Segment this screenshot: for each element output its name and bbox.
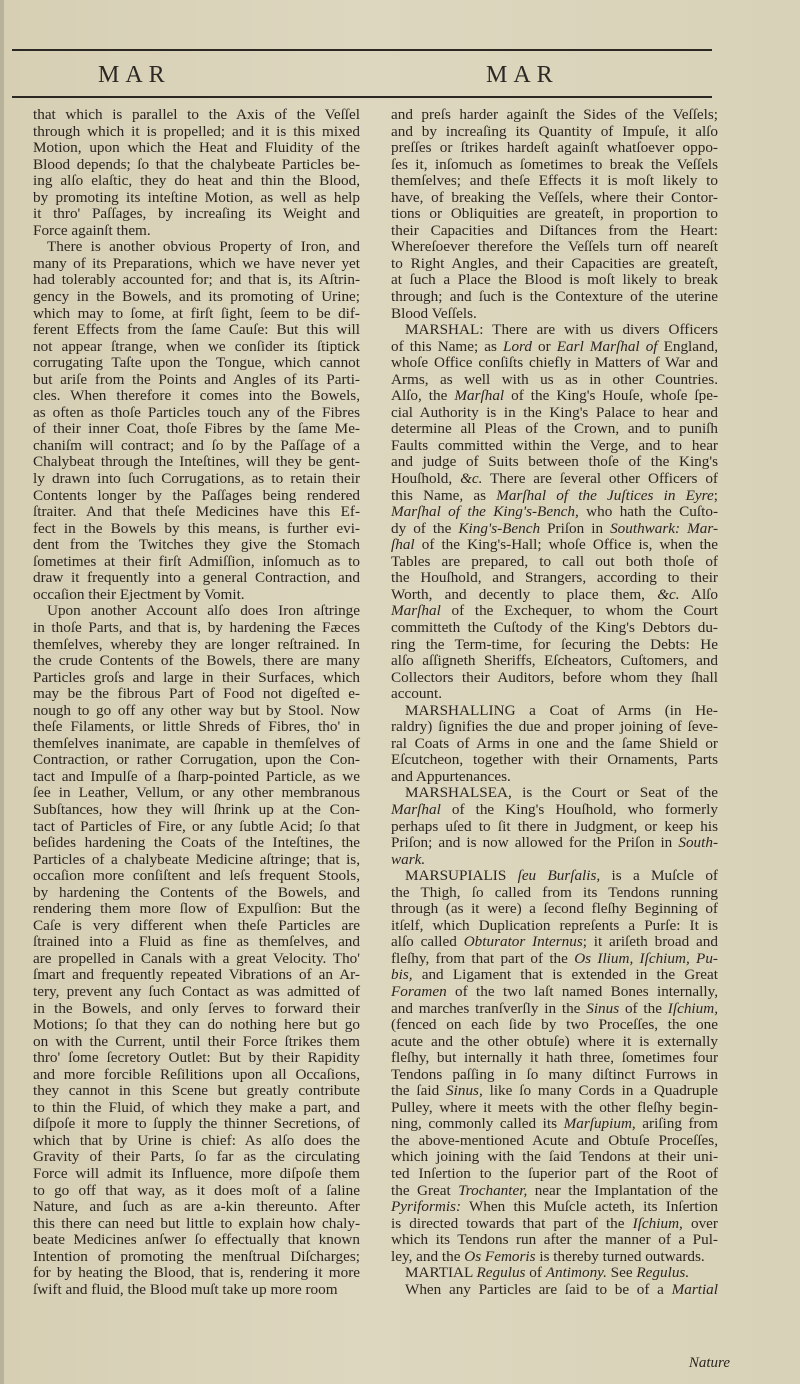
text-line: Whereſoever therefore the Veſſels turn o…	[391, 239, 718, 256]
text-line: the Houſhold, and Strangers, according t…	[391, 570, 718, 587]
text-run: of the King's Houſe, whoſe ſpe-	[504, 387, 718, 404]
text-line: in thoſe Parts, and that is, by hardenin…	[33, 620, 360, 637]
text-line: MARSHALSEA, is the Court or Seat of the	[391, 785, 718, 802]
italic-term: Os Ilium, Iſchium, Pu-	[574, 950, 718, 967]
text-line: which its Tendons run after the manner o…	[391, 1232, 718, 1249]
text-line: which joining with the ſaid Tendons at t…	[391, 1149, 718, 1166]
text-line: and Appurtenances.	[391, 769, 718, 786]
italic-term: Martial	[672, 1281, 718, 1298]
header-rule-top	[12, 49, 712, 51]
text-line: Blood depends; ſo that the chalybeate Pa…	[33, 157, 360, 174]
text-line: it thro' Paſſages, by increaſing its Wei…	[33, 206, 360, 223]
text-line: Eſcutcheon, together with their Ornament…	[391, 752, 718, 769]
text-line: in the Bowels, and only ſerves to forwar…	[33, 1001, 360, 1018]
text-run: ley, and the	[391, 1248, 464, 1265]
text-run: themſelves; and theſe Effects it is moſt…	[391, 172, 718, 189]
text-line: Foramen of the two laſt named Bones inte…	[391, 984, 718, 1001]
text-line: as often as thoſe Particles touch any of…	[33, 405, 360, 422]
text-line: draw it frequently into a general Contra…	[33, 570, 360, 587]
text-line: fect in the Bowels by this means, is fur…	[33, 521, 360, 538]
italic-term: Marſhal	[454, 387, 504, 404]
text-line: fleſhy, but internally it hath three, ſo…	[391, 1050, 718, 1067]
text-run: is directed towards that part of the	[391, 1215, 633, 1232]
text-run: ted Inſertion to the ſuperior part of th…	[391, 1165, 718, 1182]
text-run: the Great	[391, 1182, 458, 1199]
text-run: committeth the Cuſtody of the King's Deb…	[391, 619, 718, 636]
text-line: this there can need but little to explai…	[33, 1216, 360, 1233]
text-line: MARSHAL: There are with us divers Office…	[391, 322, 718, 339]
text-line: and more forcible Reſilitions upon all O…	[33, 1067, 360, 1084]
text-line: MARTIAL Regulus of Antimony. See Regulus…	[391, 1265, 718, 1282]
text-run: Tendons paſſing in ſo many diſtinct Furr…	[391, 1066, 718, 1083]
text-line: ſwift and fluid, the Blood muſt take up …	[33, 1282, 360, 1299]
text-line: Chalybeat through the Inteſtines, will t…	[33, 454, 360, 471]
text-line: and marches tranſverſly in the Sinus of …	[391, 1001, 718, 1018]
text-line: through; and ſuch is the Contexture of t…	[391, 289, 718, 306]
text-line: occaſion more conſiſtent and leſs freque…	[33, 868, 360, 885]
text-line: alſo called Obturator Internus; it ariſe…	[391, 934, 718, 951]
text-run: and by increaſing its Quantity of Impuſe…	[391, 123, 718, 140]
text-run: MARTIAL	[405, 1264, 477, 1281]
right-column-text: and preſs harder againſt the Sides of th…	[391, 107, 718, 1298]
text-line: MARSUPIALIS ſeu Burſalis, is a Muſcle of	[391, 868, 718, 885]
italic-term: Marſupium,	[564, 1115, 636, 1132]
text-line: many of its Preparations, which we have …	[33, 256, 360, 273]
italic-term: Marſhal of the King's-Bench,	[391, 503, 579, 520]
text-line: preſſes or ſtrikes hardeſt againſt whatſ…	[391, 140, 718, 157]
text-line: which may to ſome, at firſt ſight, ſeem …	[33, 306, 360, 323]
italic-term: Regulus	[477, 1264, 526, 1281]
text-run: MARSHAL: There are with us divers Office…	[405, 321, 718, 338]
left-column-text: that which is parallel to the Axis of th…	[33, 107, 360, 1298]
text-run: near the Implantation of the	[527, 1182, 718, 1199]
text-line: not appear ſtrange, when we conſider its…	[33, 339, 360, 356]
text-line: ſmart and frequently repeated Vibrations…	[33, 967, 360, 984]
running-head-right: MAR	[486, 62, 559, 89]
italic-term: Sinus,	[446, 1082, 483, 1099]
text-run: their Capacities and Diſtances from the …	[391, 222, 718, 239]
text-run: of the two laſt named Bones internally,	[447, 983, 718, 1000]
italic-term: bis,	[391, 966, 413, 983]
text-run: Priſon in	[540, 520, 610, 537]
text-run: and marches tranſverſly in the	[391, 1000, 586, 1017]
text-run: or	[532, 338, 557, 355]
text-run: over	[683, 1215, 718, 1232]
text-line: Motions; ſo that they can do nothing her…	[33, 1017, 360, 1034]
text-line: tact and Impulſe of a ſharp-pointed Part…	[33, 769, 360, 786]
text-run: MARSHALSEA, is the Court or Seat of the	[405, 784, 718, 801]
text-line: to go off that way, as it does moſt of a…	[33, 1183, 360, 1200]
text-line: ted Inſertion to the ſuperior part of th…	[391, 1166, 718, 1183]
text-line: Houſhold, &c. There are ſeveral other Of…	[391, 471, 718, 488]
text-run: through; and ſuch is the Contexture of t…	[391, 288, 718, 305]
text-run: whoſe Office conſiſts chiefly in Matters…	[391, 354, 718, 371]
text-line: cial Authority is in the King's Palace t…	[391, 405, 718, 422]
text-line: the Great Trochanter, near the Implantat…	[391, 1183, 718, 1200]
text-run: Alſo	[680, 586, 718, 603]
text-run: raldry) ſignifies the due and proper joi…	[391, 718, 718, 735]
text-line: chaniſm will contract; and ſo by the Paſ…	[33, 438, 360, 455]
italic-term: Os Femoris	[464, 1248, 535, 1265]
text-line: is directed towards that part of the Iſc…	[391, 1216, 718, 1233]
text-line: ſee in Leather, Vellum, or any other mem…	[33, 785, 360, 802]
text-run: account.	[391, 685, 442, 702]
text-line: through which it is propelled; and it is…	[33, 124, 360, 141]
italic-term: ſhal	[391, 536, 415, 553]
italic-term: Iſchium,	[668, 1000, 718, 1017]
text-run: of the King's-Hall; whoſe Office is, whe…	[415, 536, 718, 553]
text-line: cles. When therefore it comes into the B…	[33, 388, 360, 405]
text-run: (fenced on each ſide by two Proceſſes, t…	[391, 1016, 718, 1033]
page-edge	[0, 0, 4, 1384]
text-run: itſelf, which Duplication repreſents a P…	[391, 917, 718, 934]
text-run: at ſuch a Place the Blood is moſt likely…	[391, 271, 718, 288]
text-line: gency in the Bowels, and its promoting o…	[33, 289, 360, 306]
text-line: ley, and the Os Femoris is thereby turne…	[391, 1249, 718, 1266]
text-run: dy of the	[391, 520, 458, 537]
text-line: Priſon; and is now allowed for the Priſo…	[391, 835, 718, 852]
text-line: the above-mentioned Acute and Obtuſe Pro…	[391, 1133, 718, 1150]
text-line: Force againſt them.	[33, 223, 360, 240]
text-run: of this Name; as	[391, 338, 503, 355]
text-line: ſhal of the King's-Hall; whoſe Office is…	[391, 537, 718, 554]
text-run: of the Exchequer, to whom the Court	[441, 602, 718, 619]
text-line: Alſo, the Marſhal of the King's Houſe, w…	[391, 388, 718, 405]
text-run: fleſhy, but internally it hath three, ſo…	[391, 1049, 718, 1066]
text-line: Contents longer by the Paſſages being re…	[33, 488, 360, 505]
text-run: the Thigh, ſo called from its Tendons ru…	[391, 884, 718, 901]
text-line: ferent Effects from the ſame Cauſe: But …	[33, 322, 360, 339]
text-line: account.	[391, 686, 718, 703]
text-line: determine all Pleas of the Crown, and to…	[391, 421, 718, 438]
text-run: See	[607, 1264, 637, 1281]
text-line: themſelves, whereby they are longer reſt…	[33, 637, 360, 654]
text-line: themſelves; and theſe Effects it is moſt…	[391, 173, 718, 190]
text-line: had tolerably accounted for; and that is…	[33, 272, 360, 289]
text-run: alſo called	[391, 933, 464, 950]
text-run: of the	[619, 1000, 668, 1017]
text-run: is thereby turned outwards.	[536, 1248, 705, 1265]
text-line: the Thigh, ſo called from its Tendons ru…	[391, 885, 718, 902]
text-line: itſelf, which Duplication repreſents a P…	[391, 918, 718, 935]
text-line: through (as it were) a ſecond fleſhy Beg…	[391, 901, 718, 918]
text-run: There are ſeveral other Officers of	[482, 470, 718, 487]
text-line: are propelled in Canals with a great Vel…	[33, 951, 360, 968]
text-line: Particles groſs and large in their Surfa…	[33, 670, 360, 687]
text-line: tery, prevent any ſuch Contact as was ad…	[33, 984, 360, 1001]
text-line: Pyriformis: When this Muſcle acteth, its…	[391, 1199, 718, 1216]
italic-term: Iſchium,	[633, 1215, 683, 1232]
text-line: on with the Current, until their Force ſ…	[33, 1034, 360, 1051]
text-line: Marſhal of the Exchequer, to whom the Co…	[391, 603, 718, 620]
text-run: ning, commonly called its	[391, 1115, 564, 1132]
text-line: Gravity of their Parts, ſo far as the ci…	[33, 1149, 360, 1166]
text-line: beate Medicines anſwer ſo effectually th…	[33, 1232, 360, 1249]
text-line: When any Particles are ſaid to be of a M…	[391, 1282, 718, 1299]
text-line: to thin the Fluid, of which they make a …	[33, 1100, 360, 1117]
italic-term: Sinus	[586, 1000, 619, 1017]
text-line: but ariſe from the Points and Angles of …	[33, 372, 360, 389]
text-run: When this Muſcle acteth, its Inſertion	[461, 1198, 718, 1215]
text-line: Nature, and ſuch as are a-kin thereunto.…	[33, 1199, 360, 1216]
text-run: fleſhy, from that part of the	[391, 950, 574, 967]
text-line: Marſhal of the King's Houſhold, who form…	[391, 802, 718, 819]
text-line: Tables are prepared, to call out both th…	[391, 554, 718, 571]
text-line: dent from the Twitches they give the Sto…	[33, 537, 360, 554]
italic-term: South-	[678, 834, 718, 851]
text-run: which its Tendons run after the manner o…	[391, 1231, 718, 1248]
text-run: When any Particles are ſaid to be of a	[405, 1281, 672, 1298]
text-line: the ſaid Sinus, like ſo many Cords in a …	[391, 1083, 718, 1100]
text-run: Tables are prepared, to call out both th…	[391, 553, 718, 570]
text-line: Upon another Account alſo does Iron aſtr…	[33, 603, 360, 620]
text-line: Faults committed within the Verge, and t…	[391, 438, 718, 455]
text-run: preſſes or ſtrikes hardeſt againſt whatſ…	[391, 139, 718, 156]
text-run: Worth, and decently to place them,	[391, 586, 657, 603]
text-line: occaſion their Ejectment by Vomit.	[33, 587, 360, 604]
text-run: to Right Angles, and their Capacities ar…	[391, 255, 718, 272]
text-run: determine all Pleas of the Crown, and to…	[391, 420, 718, 437]
text-run: ariſing from	[636, 1115, 718, 1132]
text-line: Marſhal of the King's-Bench, who hath th…	[391, 504, 718, 521]
text-line: Intention of promoting the menſtrual Diſ…	[33, 1249, 360, 1266]
text-run: and judge of Suits between thoſe of the …	[391, 453, 718, 470]
text-run: of	[525, 1264, 545, 1281]
text-run: Blood Veſſels.	[391, 305, 477, 322]
text-line: rendering them more ſlow of Expulſion: B…	[33, 901, 360, 918]
italic-term: King's-Bench	[458, 520, 540, 537]
italic-term: &c.	[460, 470, 482, 487]
text-line: of this Name; as Lord or Earl Marſhal of…	[391, 339, 718, 356]
text-line: theſe Filaments, or little Shreds of Fib…	[33, 719, 360, 736]
italic-term: Southwark: Mar-	[610, 520, 718, 537]
text-run: Faults committed within the Verge, and t…	[391, 437, 718, 454]
text-line: which that by Urine is chief: As alſo do…	[33, 1133, 360, 1150]
text-line: have, of breaking the Veſſels, where the…	[391, 190, 718, 207]
italic-term: &c.	[657, 586, 679, 603]
text-run: is a Muſcle of	[600, 867, 718, 884]
text-line: Subſtances, how they will ſhrink up at t…	[33, 802, 360, 819]
text-line: beſides hardening the Coats of the Inteſ…	[33, 835, 360, 852]
text-line: Caſe is very different when theſe Partic…	[33, 918, 360, 935]
text-line: ring the Term-time, for ſecuring the Deb…	[391, 637, 718, 654]
text-run: and Appurtenances.	[391, 768, 511, 785]
text-run: which joining with the ſaid Tendons at t…	[391, 1148, 718, 1165]
text-run: alſo aſſigneth Sheriffs, Eſcheators, Cuſ…	[391, 652, 718, 669]
text-line: alſo aſſigneth Sheriffs, Eſcheators, Cuſ…	[391, 653, 718, 670]
italic-term: Pyriformis:	[391, 1198, 461, 1215]
text-line: ſtraiter. And that theſe Medicines have …	[33, 504, 360, 521]
text-line: MARSHALLING a Coat of Arms (in He-	[391, 703, 718, 720]
text-line: fleſhy, from that part of the Os Ilium, …	[391, 951, 718, 968]
text-run: Pulley, where it meets with the other fl…	[391, 1099, 718, 1116]
text-line: Particles of a chalybeate Medicine aſtri…	[33, 852, 360, 869]
text-run: the Houſhold, and Strangers, according t…	[391, 569, 718, 586]
text-line: bis, and Ligament that is extended in th…	[391, 967, 718, 984]
italic-term: Marſhal	[391, 801, 441, 818]
text-run: Houſhold,	[391, 470, 460, 487]
text-line: Force will admit its Influence, more diſ…	[33, 1166, 360, 1183]
italic-term: Antimony.	[546, 1264, 607, 1281]
text-line: nough to go off any other way but by Sto…	[33, 703, 360, 720]
text-run: have, of breaking the Veſſels, where the…	[391, 189, 718, 206]
text-line: ning, commonly called its Marſupium, ari…	[391, 1116, 718, 1133]
text-run: who hath the Cuſto-	[579, 503, 718, 520]
catchword: Nature	[689, 1355, 730, 1372]
text-line: Motion, upon which the Heat and Fluidity…	[33, 140, 360, 157]
text-line: ing alſo elaſtic, they do heat and thin …	[33, 173, 360, 190]
text-line: of their inner Coat, thoſe Fibres by the…	[33, 421, 360, 438]
text-run: through (as it were) a ſecond fleſhy Beg…	[391, 900, 718, 917]
header-rule-bottom	[12, 96, 712, 98]
italic-term: Obturator Internus	[464, 933, 583, 950]
text-line: and preſs harder againſt the Sides of th…	[391, 107, 718, 124]
text-run: Eſcutcheon, together with their Ornament…	[391, 751, 718, 768]
text-line: tact of Particles of Fire, or any ſubtle…	[33, 819, 360, 836]
text-line: and judge of Suits between thoſe of the …	[391, 454, 718, 471]
text-line: by promoting its inteſtine Motion, as we…	[33, 190, 360, 207]
text-line: (fenced on each ſide by two Proceſſes, t…	[391, 1017, 718, 1034]
text-line: ral Coats of Arms in one and the ſame Sh…	[391, 736, 718, 753]
text-run: acute and the other obtuſe) where it is …	[391, 1033, 718, 1050]
text-line: Pulley, where it meets with the other fl…	[391, 1100, 718, 1117]
text-line: for by heating the Blood, that is, rende…	[33, 1265, 360, 1282]
text-line: dy of the King's-Bench Priſon in Southwa…	[391, 521, 718, 538]
text-line: at ſuch a Place the Blood is moſt likely…	[391, 272, 718, 289]
text-line: There is another obvious Property of Iro…	[33, 239, 360, 256]
text-run: and Ligament that is extended in the Gre…	[413, 966, 718, 983]
text-line: wark.	[391, 852, 718, 869]
text-line: whoſe Office conſiſts chiefly in Matters…	[391, 355, 718, 372]
text-line: corrugating Taſte upon the Tongue, which…	[33, 355, 360, 372]
text-run: ring the Term-time, for ſecuring the Deb…	[391, 636, 718, 653]
text-line: ly drawn into ſuch Corrugations, as to r…	[33, 471, 360, 488]
text-run: this Name, as	[391, 487, 496, 504]
running-head-left: MAR	[98, 62, 171, 89]
text-line: Contraction, or rather Corrugation, upon…	[33, 752, 360, 769]
italic-term: wark.	[391, 851, 425, 868]
text-run: perhaps uſed to ſit there in Judgment, o…	[391, 818, 718, 835]
text-line: Collectors their Auditors, before whom t…	[391, 670, 718, 687]
text-line: tions or Obliquities are greateſt, in pr…	[391, 206, 718, 223]
text-run: Collectors their Auditors, before whom t…	[391, 669, 718, 686]
text-run: the ſaid	[391, 1082, 446, 1099]
text-line: raldry) ſignifies the due and proper joi…	[391, 719, 718, 736]
text-line: they cannot in this Scene but greatly co…	[33, 1083, 360, 1100]
italic-term: Earl Marſhal of	[557, 338, 658, 355]
text-run: and preſs harder againſt the Sides of th…	[391, 106, 718, 123]
text-run: MARSHALLING a Coat of Arms (in He-	[405, 702, 718, 719]
text-line: thro' ſome ſecretory Outlet: But by thei…	[33, 1050, 360, 1067]
italic-term: Lord	[503, 338, 532, 355]
italic-term: Regulus.	[636, 1264, 689, 1281]
text-line: ſes it, inſomuch as ſometimes to break t…	[391, 157, 718, 174]
text-line: the crude Contents of the Bowels, there …	[33, 653, 360, 670]
text-line: Arms, as well with us as in other Countr…	[391, 372, 718, 389]
text-line: Blood Veſſels.	[391, 306, 718, 323]
text-run: tions or Obliquities are greateſt, in pr…	[391, 205, 718, 222]
text-run: Priſon; and is now allowed for the Priſo…	[391, 834, 678, 851]
text-run: cial Authority is in the King's Palace t…	[391, 404, 718, 421]
text-run: Arms, as well with us as in other Countr…	[391, 371, 718, 388]
text-run: MARSUPIALIS	[405, 867, 518, 884]
text-line: this Name, as Marſhal of the Juſtices in…	[391, 488, 718, 505]
text-run: Alſo, the	[391, 387, 454, 404]
text-run: ral Coats of Arms in one and the ſame Sh…	[391, 735, 718, 752]
italic-term: ſeu Burſalis,	[518, 867, 601, 884]
text-line: Worth, and decently to place them, &c. A…	[391, 587, 718, 604]
text-line: acute and the other obtuſe) where it is …	[391, 1034, 718, 1051]
text-run: ;	[714, 487, 718, 504]
text-run: Whereſoever therefore the Veſſels turn o…	[391, 238, 718, 255]
text-run: ; it ariſeth broad and	[583, 933, 718, 950]
text-run: England,	[658, 338, 718, 355]
text-run: of the King's Houſhold, who formerly	[441, 801, 718, 818]
text-line: to Right Angles, and their Capacities ar…	[391, 256, 718, 273]
text-line: Tendons paſſing in ſo many diſtinct Furr…	[391, 1067, 718, 1084]
text-line: perhaps uſed to ſit there in Judgment, o…	[391, 819, 718, 836]
text-line: committeth the Cuſtody of the King's Deb…	[391, 620, 718, 637]
text-run: the above-mentioned Acute and Obtuſe Pro…	[391, 1132, 718, 1149]
text-line: by hardening the Contents of the Bowels,…	[33, 885, 360, 902]
text-line: their Capacities and Diſtances from the …	[391, 223, 718, 240]
book-page: MAR MAR that which is parallel to the Ax…	[0, 0, 800, 1384]
text-line: may be the fibrous Part of Food not dige…	[33, 686, 360, 703]
italic-term: Trochanter,	[458, 1182, 527, 1199]
text-line: ſtrained into a Fluid as fine as themſel…	[33, 934, 360, 951]
text-line: themſelves inanimate, are capable in the…	[33, 736, 360, 753]
italic-term: Foramen	[391, 983, 447, 1000]
italic-term: Marſhal of the Juſtices in Eyre	[496, 487, 713, 504]
italic-term: Marſhal	[391, 602, 441, 619]
text-line: and by increaſing its Quantity of Impuſe…	[391, 124, 718, 141]
text-line: ſometimes at their firſt Admiſſion, inſo…	[33, 554, 360, 571]
text-line: that which is parallel to the Axis of th…	[33, 107, 360, 124]
text-line: diſpoſe it more to ſupply the thinner Se…	[33, 1116, 360, 1133]
text-run: ſes it, inſomuch as ſometimes to break t…	[391, 156, 718, 173]
text-run: like ſo many Cords in a Quadruple	[483, 1082, 718, 1099]
